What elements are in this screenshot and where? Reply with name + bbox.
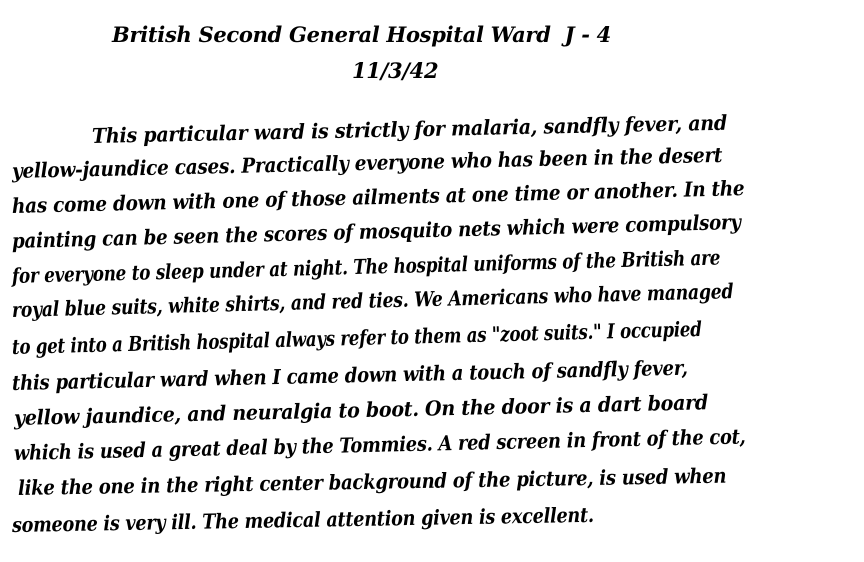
body-line-6: royal blue suits, white shirts, and red … — [12, 279, 734, 322]
body-line-9: yellow jaundice, and neuralgia to boot. … — [14, 390, 708, 430]
body-line-7: to get into a British hospital always re… — [12, 317, 702, 359]
ward-code: J - 4 — [565, 22, 611, 47]
body-line-11: like the one in the right center backgro… — [18, 464, 727, 500]
heading-title: British Second General Hospital Ward — [112, 22, 551, 47]
heading-date: 11/3/42 — [352, 58, 438, 83]
body-line-1: This particular ward is strictly for mal… — [92, 111, 727, 148]
body-line-12: someone is very ill. The medical attenti… — [12, 503, 594, 537]
body-line-8: this particular ward when I came down wi… — [12, 356, 688, 395]
body-line-10: which is used a great deal by the Tommie… — [14, 424, 746, 465]
page-heading: British Second General Hospital WardJ - … — [112, 22, 611, 47]
body-line-2: yellow-jaundice cases. Practically every… — [12, 143, 723, 183]
body-line-4: painting can be seen the scores of mosqu… — [12, 210, 741, 253]
